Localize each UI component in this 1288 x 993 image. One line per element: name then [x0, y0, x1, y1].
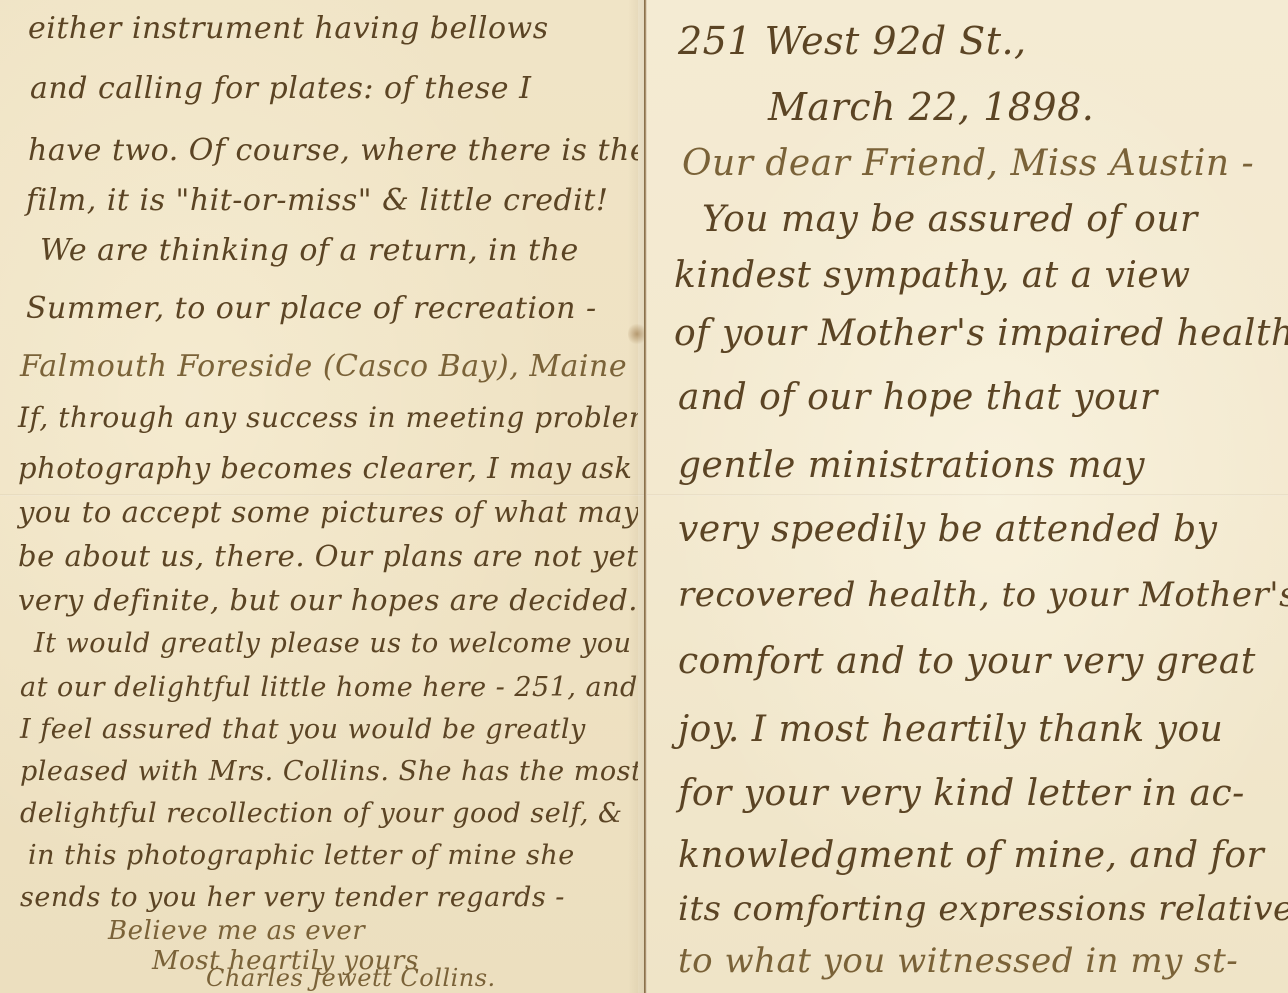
letter-line: We are thinking of a return, in the — [40, 236, 579, 266]
right-page: 251 West 92d St., March 22, 1898. Our de… — [638, 0, 1288, 993]
letter-line: delightful recollection of your good sel… — [20, 800, 623, 827]
letter-line: have two. Of course, where there is the — [28, 136, 638, 166]
letter-line: If, through any success in meeting probl… — [18, 404, 638, 432]
salutation: Our dear Friend, Miss Austin - — [682, 146, 1254, 182]
date: March 22, 1898. — [768, 88, 1094, 126]
letter-line: Summer, to our place of recreation - — [26, 294, 597, 324]
letter-line: Falmouth Foreside (Casco Bay), Maine - — [20, 352, 638, 382]
address: 251 West 92d St., — [678, 22, 1027, 60]
letter-line: film, it is "hit-or-miss" & little credi… — [26, 186, 608, 216]
letter-line: knowledgment of mine, and for — [678, 838, 1264, 874]
letter-line: either instrument having bellows — [28, 14, 549, 44]
letter-line: for your very kind letter in ac- — [678, 776, 1245, 812]
letter-line: photography becomes clearer, I may ask o… — [18, 454, 638, 483]
letter-line: and of our hope that your — [678, 380, 1158, 416]
letter-line: comfort and to your very great — [678, 644, 1256, 680]
letter-line: and calling for plates: of these I — [30, 74, 531, 104]
page-gutter — [644, 0, 647, 993]
letter-line: very definite, but our hopes are decided… — [18, 586, 638, 615]
letter-line: to what you witnessed in my st- — [678, 944, 1238, 978]
letter-line: kindest sympathy, at a view — [674, 258, 1191, 294]
letter-line: gentle ministrations may — [678, 448, 1145, 484]
letter-spread: either instrument having bellows and cal… — [0, 0, 1288, 993]
letter-line: of your Mother's impaired health — [674, 316, 1288, 352]
letter-line: pleased with Mrs. Collins. She has the m… — [20, 758, 638, 785]
letter-line: very speedily be attended by — [678, 512, 1218, 548]
gutter-shadow — [628, 0, 644, 993]
closing: Believe me as ever — [108, 918, 365, 944]
letter-line: recovered health, to your Mother's — [678, 578, 1288, 612]
letter-line: sends to you her very tender regards - — [20, 884, 565, 911]
left-page: either instrument having bellows and cal… — [0, 0, 638, 993]
letter-line: It would greatly please us to welcome yo… — [34, 630, 632, 657]
letter-line: You may be assured of our — [702, 202, 1198, 238]
letter-line: its comforting expressions relative — [678, 892, 1288, 926]
letter-line: you to accept some pictures of what may — [18, 498, 638, 527]
letter-line: in this photographic letter of mine she — [28, 842, 575, 869]
signature: Charles Jewett Collins. — [206, 966, 496, 990]
letter-line: at our delightful little home here - 251… — [20, 674, 638, 701]
letter-line: joy. I most heartily thank you — [678, 712, 1223, 748]
letter-line: I feel assured that you would be greatly — [20, 716, 586, 743]
letter-line: be about us, there. Our plans are not ye… — [18, 542, 638, 571]
